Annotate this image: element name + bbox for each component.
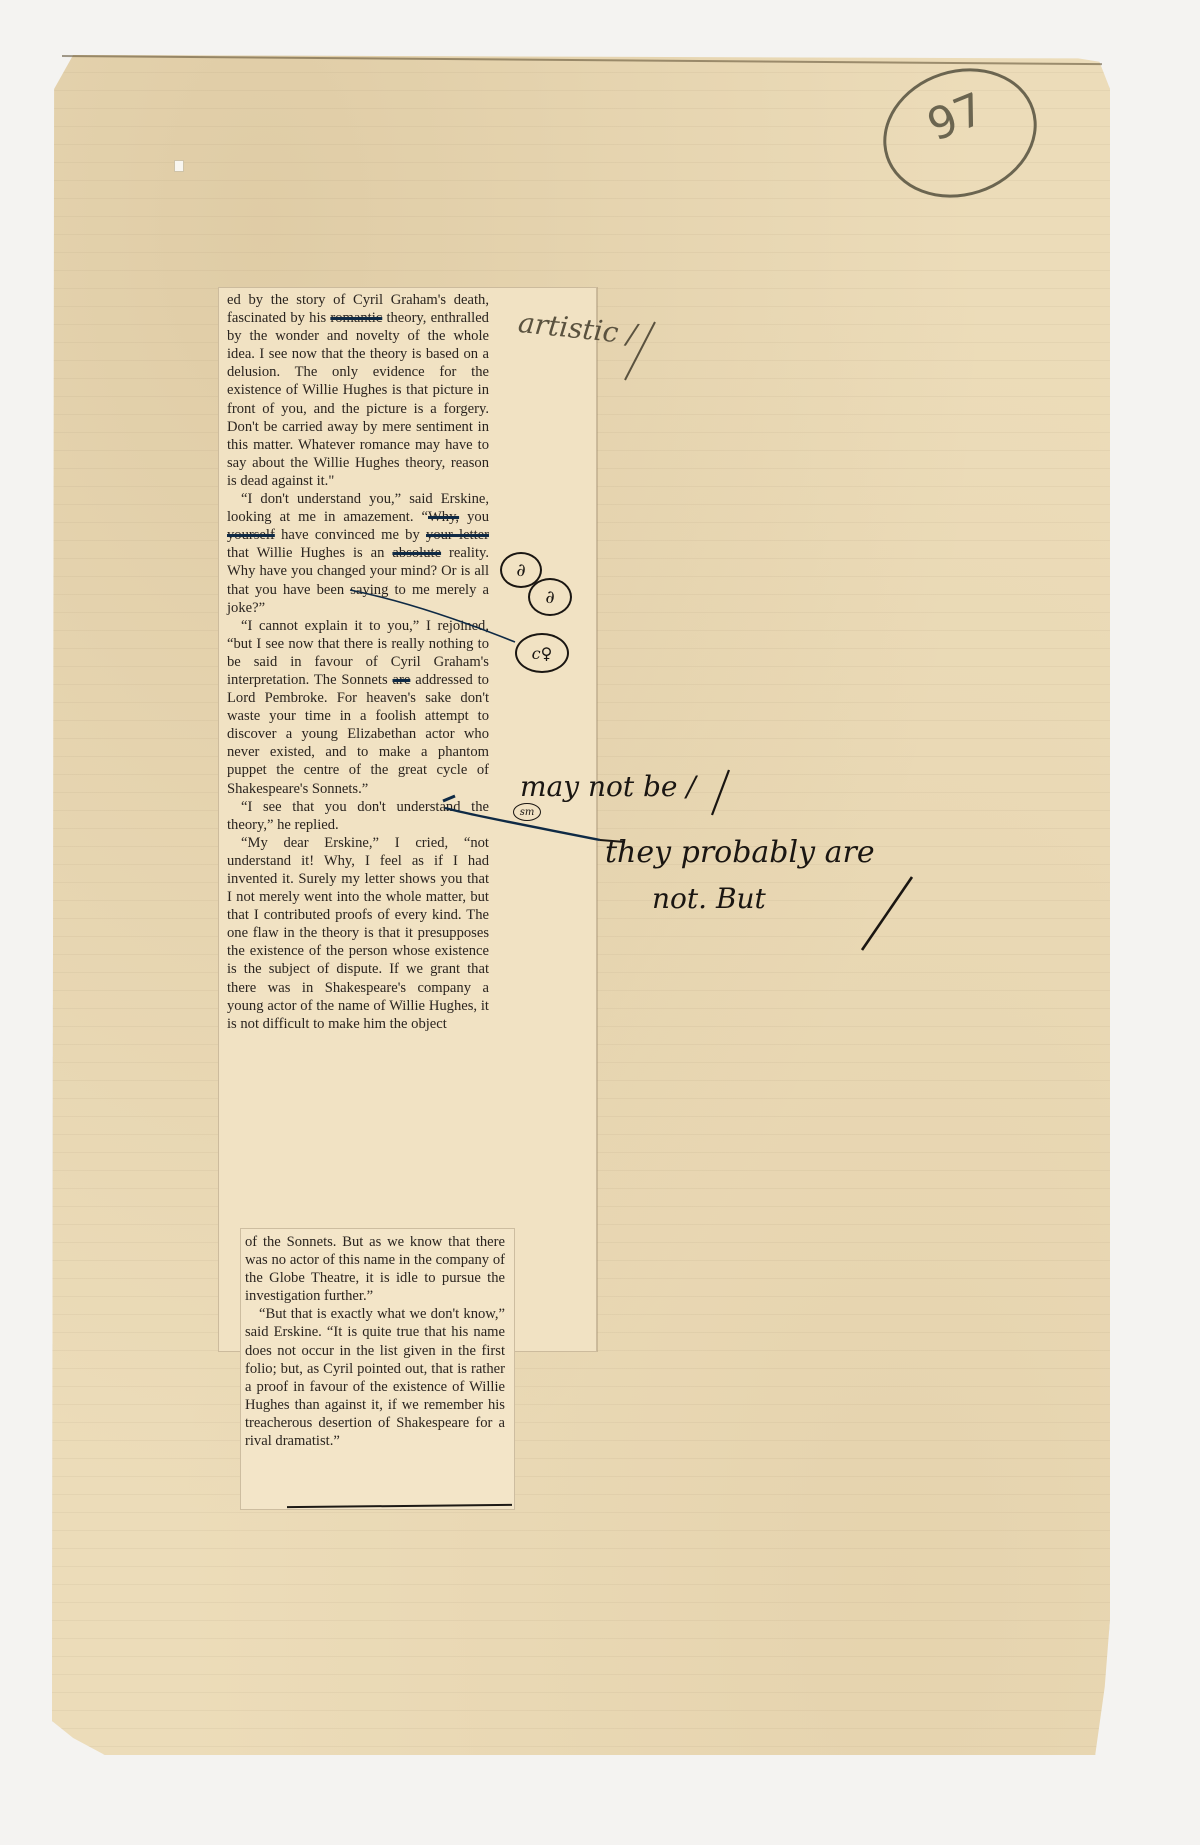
text-run: that Willie Hughes is an [227, 545, 392, 561]
struck-word: Why, [428, 509, 459, 525]
struck-word: are [393, 672, 411, 688]
clipping-lower-text: of the Sonnets. But as we know that ther… [245, 1233, 505, 1450]
struck-word: romantic [330, 310, 382, 326]
annotation-not-but: not. But [652, 882, 766, 915]
paper-tear-mark [174, 160, 184, 172]
clipping-upper-text: ed by the story of Cyril Graham's death,… [227, 291, 489, 1033]
text-run: theory, enthralled by the wonder and nov… [227, 310, 489, 489]
text-run: addressed to Lord Pembroke. For heaven's… [227, 672, 489, 797]
annotation-they-probably-are: they probably are [605, 835, 875, 870]
paragraph: “I cannot explain it to you,” I rejoined… [227, 617, 489, 798]
struck-word: absolute [392, 545, 441, 561]
text-run: have convinced me by [275, 527, 426, 543]
circled-mark-cap: c♀ [515, 633, 569, 673]
circled-mark-text: sm [520, 807, 535, 818]
paragraph: “I don't understand you,” said Erskine, … [227, 490, 489, 617]
circled-mark-text: ∂ [516, 560, 525, 581]
circled-mark-2: ∂ [528, 578, 572, 616]
paragraph: of the Sonnets. But as we know that ther… [245, 1233, 505, 1305]
paragraph: “But that is exactly what we don't know,… [245, 1305, 505, 1450]
margin-line [597, 287, 598, 1352]
text-run: you [459, 509, 489, 525]
circled-mark-text: c♀ [532, 644, 553, 663]
annotation-may-not-be: may not be / [520, 770, 696, 803]
struck-word: yourself [227, 527, 275, 543]
paragraph: “My dear Erskine,” I cried, “not underst… [227, 834, 489, 1033]
circled-mark-sm: sm [513, 803, 541, 821]
paragraph: ed by the story of Cyril Graham's death,… [227, 291, 489, 490]
circled-mark-text: ∂ [545, 587, 554, 608]
paragraph: “I see that you don't understand the the… [227, 798, 489, 834]
struck-word: your letter [426, 527, 489, 543]
